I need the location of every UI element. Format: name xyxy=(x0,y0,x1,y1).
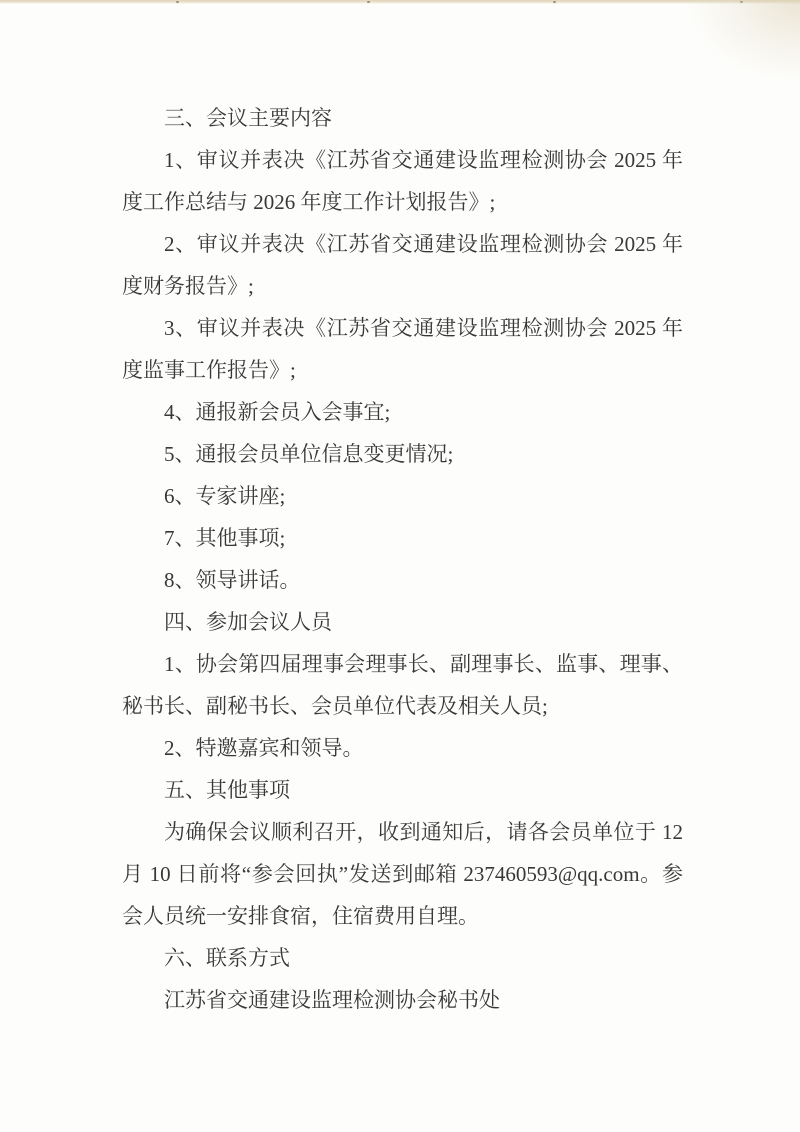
meeting-content-item-1: 1、审议并表决《江苏省交通建设监理检测协会 2025 年度工作总结与 2026 … xyxy=(122,139,683,223)
heading-section-3-meeting-content: 三、会议主要内容 xyxy=(122,97,683,139)
scan-speck xyxy=(367,1,370,3)
scan-speck xyxy=(176,1,179,3)
scan-edge-artifact xyxy=(0,0,800,4)
meeting-content-item-3: 3、审议并表决《江苏省交通建设监理检测协会 2025 年度监事工作报告》; xyxy=(122,307,683,391)
participants-item-1: 1、协会第四届理事会理事长、副理事长、监事、理事、秘书长、副秘书长、会员单位代表… xyxy=(122,643,683,727)
heading-section-5-other-matters: 五、其他事项 xyxy=(122,769,683,811)
scanned-document-page: { "page": { "background_color": "#fdfdfb… xyxy=(0,0,800,1132)
heading-section-6-contact: 六、联系方式 xyxy=(122,937,683,979)
scan-speck xyxy=(553,1,556,3)
heading-section-4-participants: 四、参加会议人员 xyxy=(122,601,683,643)
other-matters-body: 为确保会议顺利召开，收到通知后，请各会员单位于 12 月 10 日前将“参会回执… xyxy=(122,811,683,937)
meeting-content-item-5: 5、通报会员单位信息变更情况; xyxy=(122,433,683,475)
contact-organization: 江苏省交通建设监理检测协会秘书处 xyxy=(122,979,683,1021)
participants-item-2: 2、特邀嘉宾和领导。 xyxy=(122,727,683,769)
document-body: 三、会议主要内容 1、审议并表决《江苏省交通建设监理检测协会 2025 年度工作… xyxy=(122,97,683,1021)
meeting-content-item-4: 4、通报新会员入会事宜; xyxy=(122,391,683,433)
meeting-content-item-6: 6、专家讲座; xyxy=(122,475,683,517)
scan-corner-shading xyxy=(690,0,800,80)
meeting-content-item-7: 7、其他事项; xyxy=(122,517,683,559)
meeting-content-item-2: 2、审议并表决《江苏省交通建设监理检测协会 2025 年度财务报告》; xyxy=(122,223,683,307)
meeting-content-item-8: 8、领导讲话。 xyxy=(122,559,683,601)
